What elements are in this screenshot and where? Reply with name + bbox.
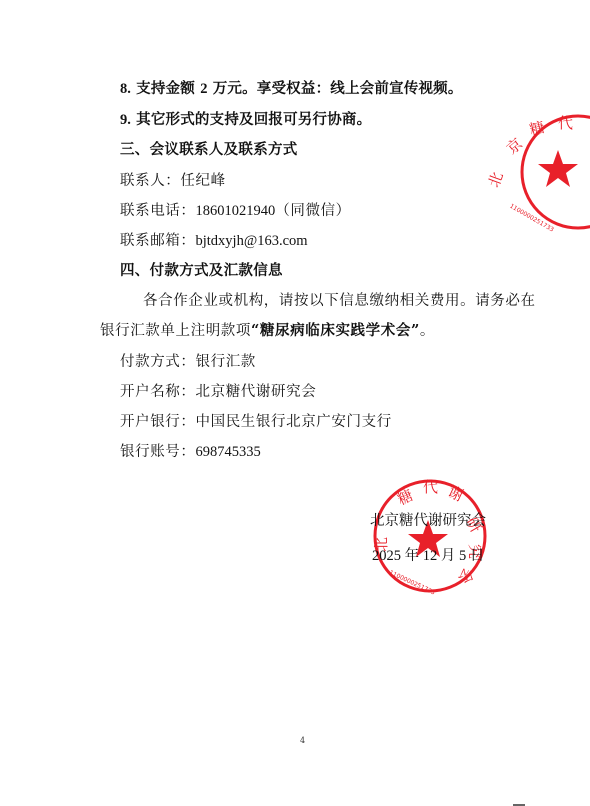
page-number: 4: [300, 736, 305, 745]
contact-person: 联系人：任纪峰: [120, 171, 226, 191]
contact-email: 联系邮箱：bjtdxyjh@163.com: [120, 231, 308, 251]
section3-heading: 三、会议联系人及联系方式: [120, 140, 298, 160]
account-number: 银行账号：698745335: [120, 442, 261, 462]
svg-text:糖: 糖: [395, 486, 416, 509]
svg-text:代: 代: [558, 114, 573, 132]
official-seal-stamp: 糖 代 谢 研 究 会 北 1100000251733: [368, 468, 488, 598]
document-page: 8. 支持金额 2 万元。享受权益：线上会前宣传视频。 9. 其它形式的支持及回…: [0, 0, 590, 806]
contact-phone: 联系电话：18601021940（同微信）: [120, 201, 351, 221]
svg-text:北: 北: [485, 169, 507, 189]
svg-text:京: 京: [503, 135, 526, 158]
payment-paragraph-line1: 各合作企业或机构，请按以下信息缴纳相关费用。请务必在: [143, 291, 536, 311]
official-seal-stamp-partial: 北 京 糖 代 1100000251733: [478, 112, 590, 232]
svg-text:1100000251733: 1100000251733: [508, 203, 555, 232]
item-8: 8. 支持金额 2 万元。享受权益：线上会前宣传视频。: [120, 79, 463, 99]
account-name: 开户名称：北京糖代谢研究会: [120, 382, 316, 402]
payment-method: 付款方式：银行汇款: [120, 352, 256, 372]
svg-text:谢: 谢: [445, 482, 466, 505]
signature-organization: 北京糖代谢研究会: [370, 509, 486, 530]
payment-paragraph-line2: 银行汇款单上注明款项“糖尿病临床实践学术会”。: [100, 321, 435, 341]
item-9: 9. 其它形式的支持及回报可另行协商。: [120, 110, 371, 130]
svg-text:糖: 糖: [528, 118, 547, 139]
bank-name: 开户银行：中国民生银行北京广安门支行: [120, 412, 392, 432]
section4-heading: 四、付款方式及汇款信息: [120, 261, 283, 281]
svg-text:代: 代: [423, 478, 438, 496]
signature-date: 2025 年 12 月 5 日: [372, 544, 484, 565]
svg-text:1100000251733: 1100000251733: [388, 569, 436, 596]
